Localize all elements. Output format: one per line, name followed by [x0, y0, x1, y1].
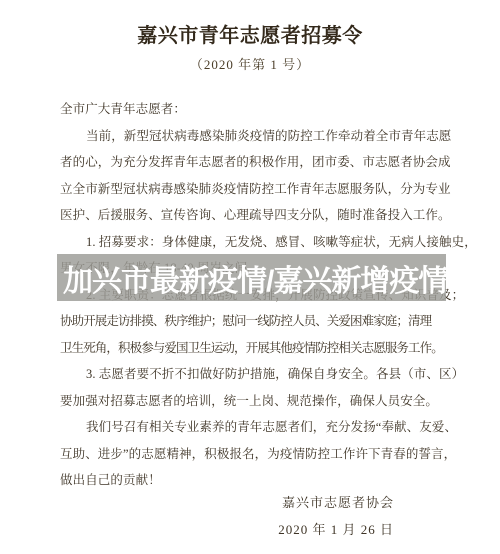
document-line: 医护、后援服务、宣传咨询、心理疏导四支分队，随时准备投入工作。: [60, 202, 448, 229]
document-line: 1. 招募要求：身体健康，无发烧、感冒、咳嗽等症状，无病人接触史，: [60, 229, 448, 256]
document-line: 协助开展走访排摸、秩序维护；慰问一线防控人员、关爱困难家庭；清理: [60, 308, 448, 335]
document-title: 嘉兴市青年志愿者招募令: [0, 19, 500, 48]
signature-block: 嘉兴市志愿者协会 2020 年 1 月 26 日: [0, 489, 394, 543]
document-issue-number: （2020 年第 1 号）: [0, 54, 500, 73]
document-line: 立全市新型冠状病毒感染肺炎疫情防控工作青年志愿服务队，分为专业: [60, 176, 448, 203]
document-line: 要加强对招募志愿者的培训，统一上岗、规范操作，确保人员安全。: [60, 388, 448, 415]
document-page: 嘉兴市青年志愿者招募令 （2020 年第 1 号） 全市广大青年志愿者： 当前，…: [0, 0, 500, 554]
salutation-line: 全市广大青年志愿者：: [60, 96, 448, 123]
document-line: 者的心，为充分发挥青年志愿者的积极作用，团市委、市志愿者协会成: [60, 149, 448, 176]
watermark-banner: 加兴市最新疫情/嘉兴新增疫情: [57, 254, 446, 301]
signature-org: 嘉兴市志愿者协会: [0, 489, 394, 516]
document-line: 我们号召有相关专业素养的青年志愿者们，充分发扬“奉献、友爱、: [60, 414, 448, 441]
document-line: 卫生死角，积极参与爱国卫生运动，开展其他疫情防控相关志愿服务工作。: [60, 335, 448, 362]
document-line: 当前，新型冠状病毒感染肺炎疫情的防控工作牵动着全市青年志愿: [60, 123, 448, 150]
document-line: 3. 志愿者要不折不扣做好防护措施，确保自身安全。各县（市、区）: [60, 361, 448, 388]
signature-date: 2020 年 1 月 26 日: [0, 516, 394, 543]
document-line: 互助、进步”的志愿精神，积极报名，为疫情防控工作许下青春的誓言，: [60, 441, 448, 468]
watermark-caption: 加兴市最新疫情/嘉兴新增疫情: [57, 256, 447, 300]
